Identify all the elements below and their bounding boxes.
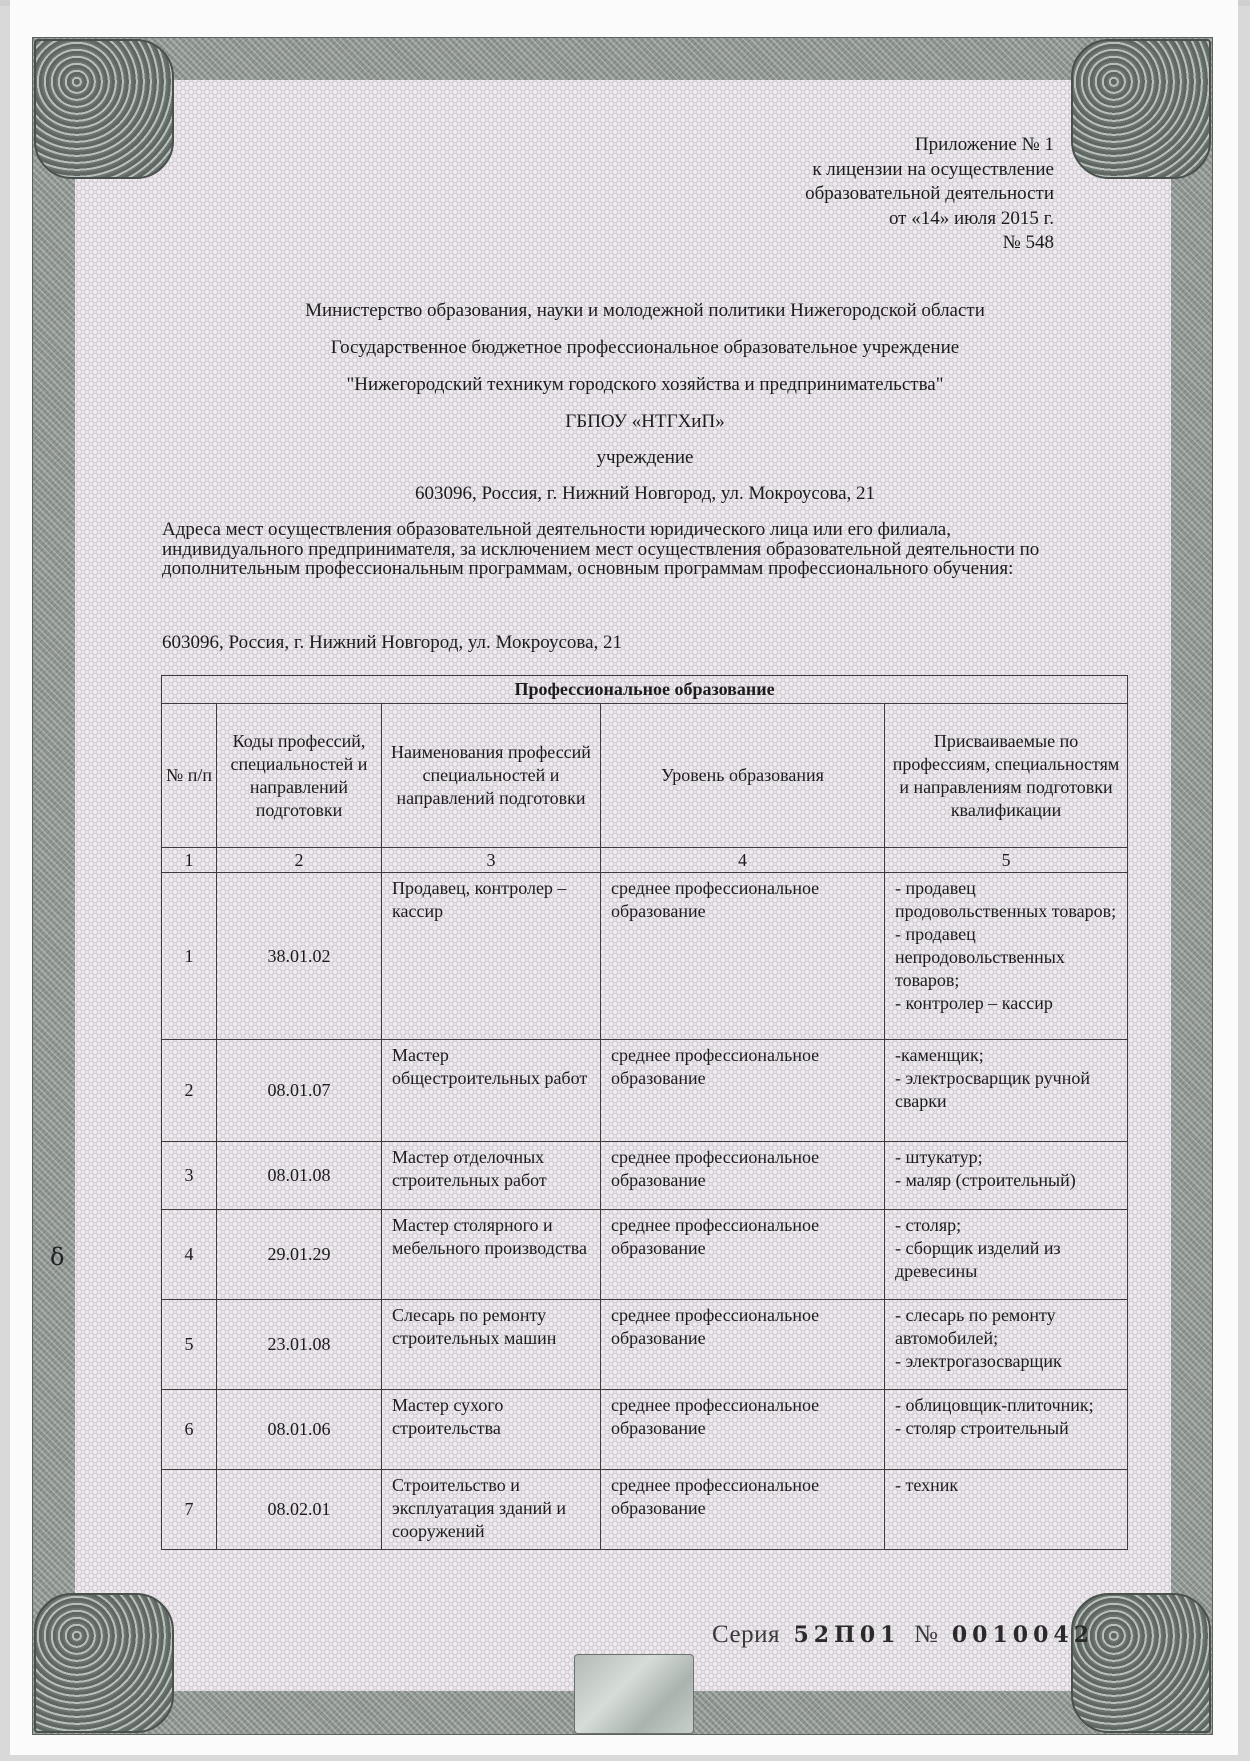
program-code: 08.01.08 — [217, 1142, 382, 1210]
ink-mark-icon: δ — [50, 1243, 64, 1271]
column-number: 5 — [885, 848, 1128, 873]
col-header-name: Наименования профессий специальностей и … — [382, 704, 601, 848]
education-level: среднее профессиональное образование — [601, 1210, 885, 1300]
table-row: 308.01.08Мастер отделочных строительных … — [162, 1142, 1128, 1210]
org-full-name-line1: Государственное бюджетное профессиональн… — [160, 337, 1130, 359]
annex-line: от «14» июля 2015 г. — [805, 207, 1054, 232]
row-number: 4 — [162, 1210, 217, 1300]
program-code: 08.01.06 — [217, 1390, 382, 1470]
table-row: 608.01.06Мастер сухого строительствасред… — [162, 1390, 1128, 1470]
row-number: 6 — [162, 1390, 217, 1470]
qualification-item: - техник — [895, 1474, 1121, 1497]
table-row: 208.01.07Мастер общестроительных работср… — [162, 1040, 1128, 1142]
qualification-item: - штукатур; — [895, 1146, 1121, 1169]
annex-line: к лицензии на осуществление — [805, 158, 1054, 183]
row-number: 3 — [162, 1142, 217, 1210]
program-code: 29.01.29 — [217, 1210, 382, 1300]
table-row: 138.01.02Продавец, контролер – кассирсре… — [162, 873, 1128, 1040]
form-serial: Серия 52П01 № 0010042 — [712, 1621, 1094, 1649]
program-code: 08.02.01 — [217, 1470, 382, 1550]
col-header-number: № п/п — [162, 704, 217, 848]
col-header-qualifications: Присваиваемые по профессиям, специальнос… — [885, 704, 1128, 848]
table-row: 708.02.01Строительство и эксплуатация зд… — [162, 1470, 1128, 1550]
org-type: учреждение — [160, 447, 1130, 469]
qualifications-cell: - столяр;- сборщик изделий из древесины — [885, 1210, 1128, 1300]
corner-ornament-icon — [1071, 1593, 1211, 1733]
table-row: 429.01.29Мастер столярного и мебельного … — [162, 1210, 1128, 1300]
annex-line: Приложение № 1 — [805, 133, 1054, 158]
qualifications-cell: - штукатур;- маляр (строительный) — [885, 1142, 1128, 1210]
qualification-item: - маляр (строительный) — [895, 1169, 1121, 1192]
qualifications-cell: -каменщик;- электросварщик ручной сварки — [885, 1040, 1128, 1142]
program-name: Мастер общестроительных работ — [382, 1040, 601, 1142]
qualification-item: - столяр строительный — [895, 1417, 1121, 1440]
column-number-row: 1 2 3 4 5 — [162, 848, 1128, 873]
education-level: среднее профессиональное образование — [601, 1390, 885, 1470]
row-number: 5 — [162, 1300, 217, 1390]
series-label: Серия — [712, 1621, 780, 1648]
qualifications-cell: - техник — [885, 1470, 1128, 1550]
table-header-row: № п/п Коды профессий, специальностей и н… — [162, 704, 1128, 848]
number-label: № — [914, 1621, 938, 1648]
education-level: среднее профессиональное образование — [601, 1300, 885, 1390]
program-code: 08.01.07 — [217, 1040, 382, 1142]
col-header-code: Коды профессий, специальностей и направл… — [217, 704, 382, 848]
row-number: 2 — [162, 1040, 217, 1142]
programs-table: Профессиональное образование № п/п Коды … — [161, 675, 1128, 1550]
annex-line: образовательной деятельности — [805, 182, 1054, 207]
education-level: среднее профессиональное образование — [601, 1040, 885, 1142]
column-number: 3 — [382, 848, 601, 873]
col-header-level: Уровень образования — [601, 704, 885, 848]
column-number: 1 — [162, 848, 217, 873]
qualifications-cell: - продавец продовольственных товаров;- п… — [885, 873, 1128, 1040]
series-value: 52П01 — [793, 1622, 900, 1648]
annex-line: № 548 — [805, 231, 1054, 256]
program-code: 23.01.08 — [217, 1300, 382, 1390]
qualifications-cell: - слесарь по ремонту автомобилей;- элект… — [885, 1300, 1128, 1390]
qualification-item: - электрогазосварщик — [895, 1350, 1121, 1373]
program-name: Мастер столярного и мебельного производс… — [382, 1210, 601, 1300]
program-name: Слесарь по ремонту строительных машин — [382, 1300, 601, 1390]
qualification-item: - облицовщик-плиточник; — [895, 1394, 1121, 1417]
annex-block: Приложение № 1 к лицензии на осуществлен… — [805, 133, 1054, 256]
program-code: 38.01.02 — [217, 873, 382, 1040]
column-number: 4 — [601, 848, 885, 873]
location-address: 603096, Россия, г. Нижний Новгород, ул. … — [162, 631, 622, 655]
row-number: 7 — [162, 1470, 217, 1550]
number-value: 0010042 — [952, 1622, 1094, 1648]
table-caption: Профессиональное образование — [162, 676, 1128, 704]
qualification-item: - электросварщик ручной сварки — [895, 1067, 1121, 1113]
table-row: 523.01.08Слесарь по ремонту строительных… — [162, 1300, 1128, 1390]
corner-ornament-icon — [34, 1593, 174, 1733]
org-address: 603096, Россия, г. Нижний Новгород, ул. … — [160, 483, 1130, 505]
program-name: Строительство и эксплуатация зданий и со… — [382, 1470, 601, 1550]
org-short-name: ГБПОУ «НТГХиП» — [160, 411, 1130, 433]
program-name: Продавец, контролер – кассир — [382, 873, 601, 1040]
locations-intro: Адреса мест осуществления образовательно… — [162, 520, 1092, 579]
qualification-item: -каменщик; — [895, 1044, 1121, 1067]
education-level: среднее профессиональное образование — [601, 1470, 885, 1550]
corner-ornament-icon — [34, 39, 174, 179]
education-level: среднее профессиональное образование — [601, 1142, 885, 1210]
qualification-item: - слесарь по ремонту автомобилей; — [895, 1304, 1121, 1350]
corner-ornament-icon — [1071, 39, 1211, 179]
column-number: 2 — [217, 848, 382, 873]
hologram-seal-icon — [574, 1654, 694, 1734]
qualification-item: - столяр; — [895, 1214, 1121, 1237]
program-name: Мастер отделочных строительных работ — [382, 1142, 601, 1210]
row-number: 1 — [162, 873, 217, 1040]
program-name: Мастер сухого строительства — [382, 1390, 601, 1470]
qualification-item: - продавец непродовольственных товаров; — [895, 923, 1121, 992]
qualification-item: - сборщик изделий из древесины — [895, 1237, 1121, 1283]
qualification-item: - продавец продовольственных товаров; — [895, 877, 1121, 923]
ministry-name: Министерство образования, науки и молоде… — [160, 300, 1130, 322]
qualification-item: - контролер – кассир — [895, 992, 1121, 1015]
qualifications-cell: - облицовщик-плиточник;- столяр строител… — [885, 1390, 1128, 1470]
education-level: среднее профессиональное образование — [601, 873, 885, 1040]
org-full-name-line2: "Нижегородский техникум городского хозяй… — [160, 374, 1130, 396]
